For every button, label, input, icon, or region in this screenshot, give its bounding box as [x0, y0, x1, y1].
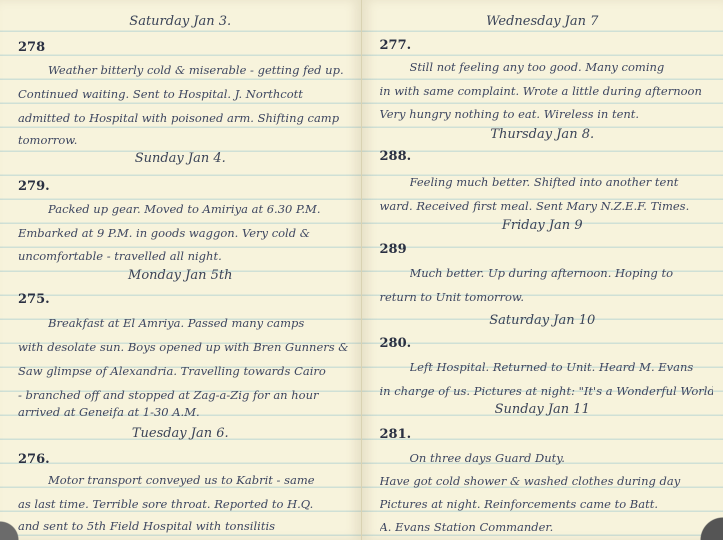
entry-text-line: On three days Guard Duty. [410, 451, 714, 465]
entry-number: 289 [380, 242, 407, 257]
entry-number: 277. [380, 38, 412, 53]
entry-text-line: admitted to Hospital with poisoned arm. … [18, 111, 351, 125]
entry-text-line: Packed up gear. Moved to Amiriya at 6.30… [48, 202, 351, 216]
day-heading: Tuesday Jan 6. [0, 426, 361, 441]
entry-text-line: in charge of us. Pictures at night: "It'… [380, 384, 714, 398]
entry-text-line: Breakfast at El Amriya. Passed many camp… [48, 316, 351, 330]
day-heading: Sunday Jan 11 [362, 402, 723, 417]
day-heading: Saturday Jan 3. [0, 14, 361, 29]
left-page: Saturday Jan 3. 278 Weather bitterly col… [0, 0, 362, 540]
entry-text-line: ward. Received first meal. Sent Mary N.Z… [380, 199, 714, 213]
entry-number: 280. [380, 336, 412, 351]
entry-text-line: and sent to 5th Field Hospital with tons… [18, 519, 351, 533]
day-heading: Wednesday Jan 7 [362, 14, 723, 29]
day-heading: Friday Jan 9 [362, 218, 723, 233]
entry-text-line: with desolate sun. Boys opened up with B… [18, 340, 351, 354]
diary-spread: Saturday Jan 3. 278 Weather bitterly col… [0, 0, 723, 540]
entry-text-line: Much better. Up during afternoon. Hoping… [410, 266, 714, 280]
entry-text-line: Very hungry nothing to eat. Wireless in … [380, 107, 714, 121]
entry-number: 276. [18, 452, 50, 467]
entry-text-line: Weather bitterly cold & miserable - gett… [48, 63, 351, 77]
entry-text-line: in with same complaint. Wrote a little d… [380, 84, 714, 98]
entry-number: 278 [18, 40, 45, 55]
day-heading: Monday Jan 5th [0, 268, 361, 283]
day-heading: Sunday Jan 4. [0, 151, 361, 166]
entry-text-line: Saw glimpse of Alexandria. Travelling to… [18, 364, 351, 378]
entry-text-line: uncomfortable - travelled all night. [18, 249, 351, 263]
entry-text-line: tomorrow. [18, 133, 351, 147]
entry-text-line: - branched off and stopped at Zag-a-Zig … [18, 388, 351, 402]
entry-text-line: Have got cold shower & washed clothes du… [380, 474, 714, 488]
entry-text-line: A. Evans Station Commander. [380, 520, 714, 534]
entry-text-line: Motor transport conveyed us to Kabrit - … [48, 473, 351, 487]
entry-number: 281. [380, 427, 412, 442]
right-page: Wednesday Jan 7 277. Still not feeling a… [362, 0, 723, 540]
entry-number: 279. [18, 179, 50, 194]
entry-text-line: arrived at Geneifa at 1-30 A.M. [18, 405, 351, 419]
day-heading: Thursday Jan 8. [362, 127, 723, 142]
entry-text-line: as last time. Terrible sore throat. Repo… [18, 497, 351, 511]
entry-text-line: Left Hospital. Returned to Unit. Heard M… [410, 360, 714, 374]
entry-number: 288. [380, 149, 412, 164]
entry-number: 275. [18, 292, 50, 307]
entry-text-line: Still not feeling any too good. Many com… [410, 60, 714, 74]
entry-text-line: return to Unit tomorrow. [380, 290, 714, 304]
entry-text-line: Feeling much better. Shifted into anothe… [410, 175, 714, 189]
entry-text-line: Pictures at night. Reinforcements came t… [380, 497, 714, 511]
entry-text-line: Continued waiting. Sent to Hospital. J. … [18, 87, 351, 101]
entry-text-line: Embarked at 9 P.M. in goods waggon. Very… [18, 226, 351, 240]
day-heading: Saturday Jan 10 [362, 313, 723, 328]
